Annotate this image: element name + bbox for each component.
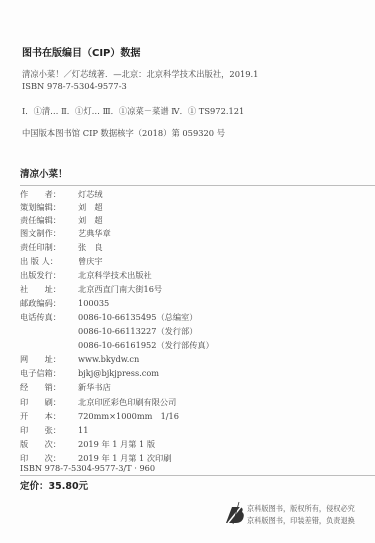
replacement-notice: 京科版图书，印装差错，负责退换 — [247, 516, 355, 526]
cip-classification-line: Ⅰ．①清… Ⅱ．①灯… Ⅲ．①凉菜－菜谱 Ⅳ．① TS972.121 — [22, 105, 244, 117]
cip-bibliographic-line: 清凉小菜！／灯芯绒著．—北京：北京科学技术出版社，2019.1 — [22, 68, 258, 80]
info-row-layout: 图文制作：艺典华章 — [20, 228, 111, 239]
cip-heading: 图书在版编目（CIP）数据 — [22, 44, 140, 59]
info-label: 印 刷： — [20, 397, 78, 408]
info-label: 邮政编码： — [20, 298, 78, 309]
info-row-email: 电子信箱：bjkj@bjkjpress.com — [20, 368, 159, 379]
info-label: 图文制作： — [20, 228, 78, 239]
info-label: 策划编辑： — [20, 202, 78, 213]
info-row-publisher-person: 出 版 人：曾庆宇 — [20, 256, 103, 267]
isbn-full: ISBN 978-7-5304-9577-3/T · 960 — [20, 463, 155, 473]
book-title: 清凉小菜！ — [20, 166, 68, 180]
divider-top — [20, 185, 375, 186]
info-row-planning-editor: 策划编辑：刘 超 — [20, 202, 103, 213]
cip-isbn-line: ISBN 978-7-5304-9577-3 — [22, 81, 127, 91]
info-row-phone: 电话传真：0086-10-66135495（总编室） — [20, 312, 197, 323]
info-value: 刘 超 — [78, 202, 103, 213]
info-value: 0086-10-66113227（发行部） — [78, 326, 197, 337]
info-label: 出版发行： — [20, 270, 78, 281]
info-value: 灯芯绒 — [78, 189, 103, 200]
info-label: 出 版 人： — [20, 256, 78, 267]
info-value: 720mm×1000mm 1/16 — [78, 411, 179, 422]
info-value: 100035 — [78, 298, 109, 309]
copyright-notice: 京科版图书，版权所有，侵权必究 — [247, 504, 355, 514]
info-label: 电话传真： — [20, 312, 78, 323]
info-label: 网 址： — [20, 354, 78, 365]
info-value: 0086-10-66135495（总编室） — [78, 312, 197, 323]
info-row-publisher: 出版发行：北京科学技术出版社 — [20, 270, 152, 281]
cip-approval-line: 中国版本图书馆 CIP 数据核字（2018）第 059320 号 — [22, 127, 225, 139]
info-label: 版 次： — [20, 439, 78, 450]
info-label: 作 者： — [20, 189, 78, 200]
info-label: 电子信箱： — [20, 368, 78, 379]
info-row-address: 社 址：北京西直门南大街16号 — [20, 284, 162, 295]
divider-bottom — [20, 475, 375, 476]
info-row-isbn: ISBN 978-7-5304-9577-3/T · 960 — [20, 463, 155, 473]
info-value: 张 良 — [78, 242, 103, 253]
info-value: 0086-10-66161952（发行部传真） — [78, 340, 214, 351]
price: 定价：35.80元 — [20, 478, 88, 492]
info-row-printer: 印 刷：北京印匠彩色印刷有限公司 — [20, 397, 176, 408]
info-row-postcode: 邮政编码：100035 — [20, 298, 109, 309]
info-row-website: 网 址：www.bkydw.cn — [20, 354, 139, 365]
info-value: 艺典华章 — [78, 228, 111, 239]
info-value: 北京科学技术出版社 — [78, 270, 152, 281]
info-row-edition: 版 次：2019 年 1 月第 1 版 — [20, 439, 155, 450]
info-row-printing-supervisor: 责任印制：张 良 — [20, 242, 103, 253]
info-row-distributor: 经 销：新华书店 — [20, 382, 111, 393]
info-label: 开 本： — [20, 411, 78, 422]
info-value: 新华书店 — [78, 382, 111, 393]
info-row-format: 开 本：720mm×1000mm 1/16 — [20, 411, 179, 422]
info-value: 北京印匠彩色印刷有限公司 — [78, 397, 176, 408]
info-label: 经 销： — [20, 382, 78, 393]
info-label: 责任编辑： — [20, 215, 78, 226]
info-label — [20, 340, 78, 351]
info-value: bjkj@bjkjpress.com — [78, 368, 159, 379]
info-value: 曾庆宇 — [78, 256, 103, 267]
info-row-sheets: 印 张：11 — [20, 425, 88, 436]
publisher-logo-icon — [224, 501, 246, 525]
info-label: 印 张： — [20, 425, 78, 436]
info-value: 刘 超 — [78, 215, 103, 226]
info-row-responsible-editor: 责任编辑：刘 超 — [20, 215, 103, 226]
info-value: 2019 年 1 月第 1 版 — [78, 439, 155, 450]
info-label: 责任印制： — [20, 242, 78, 253]
info-value: 11 — [78, 425, 88, 436]
info-label — [20, 326, 78, 337]
info-row-fax: 0086-10-66161952（发行部传真） — [20, 340, 214, 351]
info-value: 北京西直门南大街16号 — [78, 284, 162, 295]
info-label: 社 址： — [20, 284, 78, 295]
info-row-author: 作 者：灯芯绒 — [20, 189, 103, 200]
info-row-phone-2: 0086-10-66113227（发行部） — [20, 326, 197, 337]
info-value: www.bkydw.cn — [78, 354, 139, 365]
